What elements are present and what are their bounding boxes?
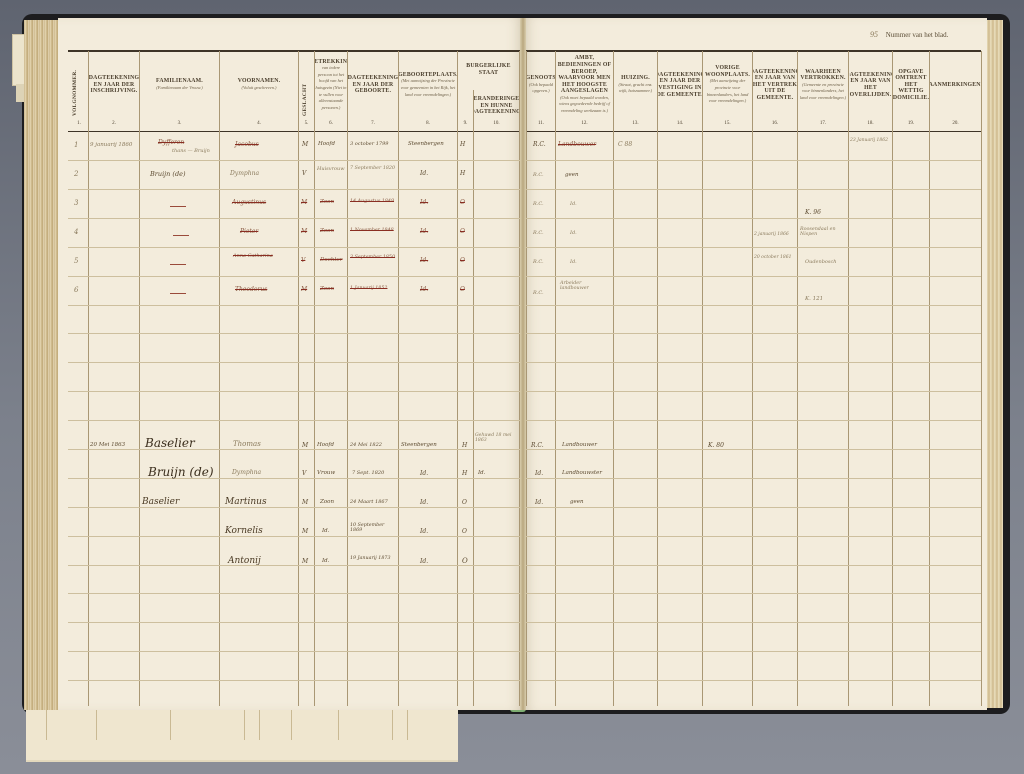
row-line [526, 478, 981, 479]
index-tab-lower [16, 84, 24, 102]
church: R.C. [531, 442, 544, 449]
row-number: 1 [74, 141, 78, 149]
col-header-10: VERANDERINGEN EN HUNNE DAGTEEKENING. [474, 92, 519, 120]
relation: Id. [322, 558, 329, 564]
sex: M [301, 228, 307, 235]
row-line [526, 420, 981, 421]
col-num: 1. [70, 121, 88, 126]
row-line [68, 218, 520, 219]
column-line [298, 51, 299, 706]
given-names: Jacobus [235, 141, 259, 148]
column-line [555, 51, 556, 706]
birth-date: 24 Mei 1822 [350, 442, 382, 448]
col-num: 4. [220, 121, 298, 126]
row-line [526, 160, 981, 161]
column-line [752, 51, 753, 706]
row-line [68, 651, 520, 652]
row-line [68, 420, 520, 421]
col-header-8: GEBOORTEPLAATS.(Met aanwijzing der Provi… [399, 52, 457, 118]
occupation: Landbouwer [562, 442, 597, 448]
occupation: geen [565, 172, 579, 178]
col-header-14: DAGTEEKENING EN JAAR DER VESTIGING IN DE… [658, 52, 702, 118]
relation: Vrouw [317, 470, 335, 476]
slip-column-line [244, 708, 245, 740]
sex: V [302, 170, 306, 177]
relation: Id. [322, 528, 329, 534]
given-names: Pieter [240, 228, 258, 235]
header-bottom-rule [68, 131, 520, 132]
birthplace: Id. [420, 558, 428, 565]
slip-column-line [46, 708, 47, 740]
col-header-16: DAGTEEKENING EN JAAR VAN HET VERTREK UIT… [753, 52, 797, 118]
col-header-19: OPGAVE OMTRENT HET WETTIG DOMICILIE. [893, 52, 929, 118]
given-names: Augustinus [232, 199, 266, 206]
surname: Bruijn (de) [148, 465, 214, 479]
slip-column-line [407, 708, 408, 740]
church: Id. [535, 470, 543, 477]
birth-date: 19 Januarij 1873 [350, 556, 391, 561]
sex: V [301, 257, 305, 264]
civil-status: O [460, 228, 465, 235]
row-line [526, 507, 981, 508]
surname: Dyfferen [158, 139, 184, 146]
row-line [526, 218, 981, 219]
col-header-17: WAARHEEN VERTROKKEN.(Gemeente en provinc… [798, 52, 848, 118]
occupation: Arbeider landbouwer [560, 281, 610, 291]
slip-column-line [96, 708, 97, 740]
ditto-dash [173, 235, 189, 236]
row-line [526, 680, 981, 681]
registration-date: 20 Mei 1863 [90, 442, 125, 448]
slip-column-line [259, 708, 260, 740]
sex: M [301, 286, 307, 293]
row-line [68, 449, 520, 450]
row-line [68, 622, 520, 623]
civil-status: O [462, 499, 467, 506]
sex: M [302, 141, 308, 148]
given-names: Anna Catharina [233, 253, 293, 259]
column-line [457, 51, 458, 706]
given-names: Kornelis [225, 526, 263, 536]
departure-to: K. 121 [805, 296, 823, 302]
row-line [526, 362, 981, 363]
column-line [892, 51, 893, 706]
col-header-3: FAMILIENAAM.(Familienaam der Vrouw.) [140, 52, 219, 118]
relation: Zoon [320, 228, 334, 234]
birth-date: 10 September 1869 [350, 523, 396, 533]
civil-status: H [460, 141, 465, 148]
birth-date: 7 September 1820 [350, 166, 396, 171]
col-header-9: BURGERLIJKE STAAT [458, 52, 519, 88]
column-line [88, 51, 89, 706]
col-num: 10. [474, 121, 519, 126]
col-num: 12. [556, 121, 613, 126]
col-num: 6. [315, 121, 347, 126]
birthplace: Id. [420, 199, 428, 206]
column-line [797, 51, 798, 706]
col-header-12: AMBT, BEDIENINGEN OF BEROEP, WAARVOOR ME… [556, 52, 613, 118]
page-block-right-edge [987, 20, 1003, 708]
given-names: Dymphna [230, 170, 259, 177]
civil-status: H [462, 442, 467, 449]
registration-date: 9 januarij 1860 [90, 142, 132, 148]
column-line [398, 51, 399, 706]
row-line [526, 536, 981, 537]
relation: Zoon [320, 286, 334, 292]
col-num: 7. [348, 121, 398, 126]
occupation: Id. [570, 230, 577, 236]
slip-column-line [338, 708, 339, 740]
row-line [68, 680, 520, 681]
church: R.C. [533, 290, 544, 296]
col-num: 18. [849, 121, 892, 126]
given-names: Antonij [228, 556, 261, 566]
church: R.C. [533, 172, 544, 178]
column-line [526, 51, 527, 706]
column-line [657, 51, 658, 706]
birth-date: 3 october 1799 [350, 141, 388, 147]
occupation: Landbouwster [562, 470, 602, 476]
col-num: 19. [893, 121, 929, 126]
birthplace: Id. [420, 228, 428, 235]
slip-column-line [170, 708, 171, 740]
slip-column-line [291, 708, 292, 740]
departure-date: 20 october 1861 [754, 255, 794, 260]
col-header-18: DAGTEEKENING EN JAAR VAN HET OVERLIJDEN. [849, 52, 892, 118]
col-header-1: VOLGNOMMER. [72, 56, 78, 116]
church: R.C. [533, 141, 546, 148]
departure-to: Oudenbosch [805, 259, 837, 265]
civil-status: O [460, 199, 465, 206]
row-number: 3 [74, 199, 78, 207]
row-line [526, 276, 981, 277]
house: C 88 [618, 141, 632, 148]
occupation: Id. [570, 201, 577, 207]
birth-date: 24 Maart 1867 [350, 499, 388, 505]
occupation: Id. [570, 259, 577, 265]
relation: Huisvrouw [317, 166, 344, 172]
surname-note: thans — Bruijn [172, 148, 210, 154]
given-names: Dymphna [232, 469, 261, 476]
row-line [68, 507, 520, 508]
col-header-20: AANMERKINGEN. [930, 52, 981, 118]
column-line [347, 51, 348, 706]
birth-date: 14 Augustus 1849 [350, 199, 394, 204]
col-num: 16. [753, 121, 797, 126]
col-header-5: GESLACHT [302, 56, 308, 116]
birthplace: Steenbergen [401, 442, 437, 448]
departure-to: Roosendaal en Nispen [800, 227, 846, 237]
occupation: Landbouwer [558, 141, 596, 148]
birthplace: Id. [420, 170, 428, 177]
column-line [848, 51, 849, 706]
row-line [526, 305, 981, 306]
sex: M [301, 199, 307, 206]
row-line [68, 247, 520, 248]
civil-status: O [462, 557, 468, 565]
birth-date: 3 September 1850 [350, 255, 396, 260]
ditto-dash [170, 206, 186, 207]
column-line [981, 51, 982, 706]
row-line [68, 276, 520, 277]
civil-changes: Gehuwd 18 mei 1863 [475, 433, 515, 443]
church: R.C. [533, 259, 544, 265]
sex: M [302, 558, 308, 565]
row-line [526, 391, 981, 392]
sex: M [302, 442, 308, 449]
civil-status: O [462, 528, 467, 535]
relation: Zoon [320, 199, 334, 205]
col-num: 20. [930, 121, 981, 126]
relation: Dochter [320, 257, 342, 263]
row-line [68, 333, 520, 334]
col-header-7: DAGTEEKENING EN JAAR DER GEBOORTE. [348, 52, 398, 118]
given-names: Theodorus [235, 286, 267, 293]
birth-date: 1 November 1848 [350, 228, 394, 233]
departure-to: K. 96 [805, 209, 821, 216]
relation: Hoofd [317, 442, 334, 448]
row-number: 2 [74, 170, 78, 178]
row-number: 6 [74, 286, 78, 294]
column-line [702, 51, 703, 706]
ditto-dash [170, 293, 186, 294]
surname: Baselier [142, 497, 179, 507]
col-num: 5. [299, 121, 314, 126]
given-names: Martinus [225, 497, 267, 507]
birthplace: Id. [420, 286, 428, 293]
row-line [68, 305, 520, 306]
row-line [526, 247, 981, 248]
col-num: 15. [703, 121, 752, 126]
page-number-handwritten: 95 [870, 30, 878, 39]
occupation: geen [570, 499, 584, 505]
sex: M [302, 528, 308, 535]
slip-column-line [392, 708, 393, 740]
sex: M [302, 499, 308, 506]
given-names: Thomas [233, 440, 261, 448]
col-header-13: HUIZING.(Straat, gracht enz. wijk, huisn… [614, 52, 657, 118]
row-line [68, 565, 520, 566]
page-block-left-edge [24, 20, 58, 710]
header-bottom-rule-right [526, 131, 981, 132]
birth-date: 1 Januarij 1852 [350, 286, 387, 291]
col-num: 13. [614, 121, 657, 126]
row-line [68, 593, 520, 594]
church: R.C. [533, 201, 544, 207]
church: R.C. [533, 230, 544, 236]
row-line [68, 478, 520, 479]
relation: Zoon [320, 499, 334, 505]
birthplace: Id. [420, 528, 428, 535]
column-line [929, 51, 930, 706]
page-number-label: 95 Nummer van het blad. [870, 30, 948, 39]
civil-changes: Id. [478, 470, 485, 476]
death-date: 23 Januarij 1862 [850, 138, 890, 143]
row-line [526, 622, 981, 623]
row-line [526, 449, 981, 450]
col-header-2: DAGTEEKENING EN JAAR DER INSCHRIJVING. [89, 52, 139, 118]
birth-date: 7 Sept. 1820 [352, 470, 384, 476]
column-line [314, 51, 315, 706]
col-header-4: VOORNAMEN.(Voluit geschreven.) [220, 52, 298, 118]
col-num: 17. [798, 121, 848, 126]
column-line [139, 51, 140, 706]
civil-status: O [460, 257, 465, 264]
row-line [68, 391, 520, 392]
birthplace: Id. [420, 499, 428, 506]
column-line [519, 51, 520, 706]
surname: Baselier [145, 436, 195, 450]
row-line [68, 536, 520, 537]
church: Id. [535, 499, 543, 506]
row-line [526, 593, 981, 594]
civil-status: H [462, 470, 467, 477]
loose-slip [26, 708, 458, 762]
relation: Hoofd [318, 141, 335, 147]
col-num: 9. [458, 121, 473, 126]
birthplace: Id. [420, 470, 428, 477]
row-line [68, 189, 520, 190]
col-num: 8. [399, 121, 457, 126]
row-number: 5 [74, 257, 78, 265]
civil-status: H [460, 170, 465, 177]
previous-residence: K. 80 [708, 442, 724, 449]
column-line [613, 51, 614, 706]
col-num: 11. [527, 121, 555, 126]
column-line [219, 51, 220, 706]
birthplace: Id. [420, 257, 428, 264]
departure-date: 2 januarij 1866 [754, 232, 789, 237]
row-line [526, 333, 981, 334]
ditto-dash [170, 264, 186, 265]
column-line [473, 90, 474, 706]
row-line [526, 565, 981, 566]
sex: V [302, 470, 306, 477]
col-header-15: VORIGE WOONPLAATS.(Met aanwijzing der pr… [703, 52, 752, 118]
col-header-6: BETREKKINGvan iedere persoon tot het hoo… [315, 52, 347, 118]
col-header-11: KERKGENOOTSCHAP.(Ook bepaald opgeven.) [527, 52, 555, 118]
birthplace: Steenbergen [408, 141, 444, 147]
row-line [526, 189, 981, 190]
row-line [68, 362, 520, 363]
col-num: 3. [140, 121, 219, 126]
row-number: 4 [74, 228, 78, 236]
civil-status: O [460, 286, 465, 293]
col-num: 14. [658, 121, 702, 126]
row-line [68, 160, 520, 161]
row-line [526, 651, 981, 652]
col-num: 2. [89, 121, 139, 126]
surname: Bruijn (de) [150, 170, 186, 178]
